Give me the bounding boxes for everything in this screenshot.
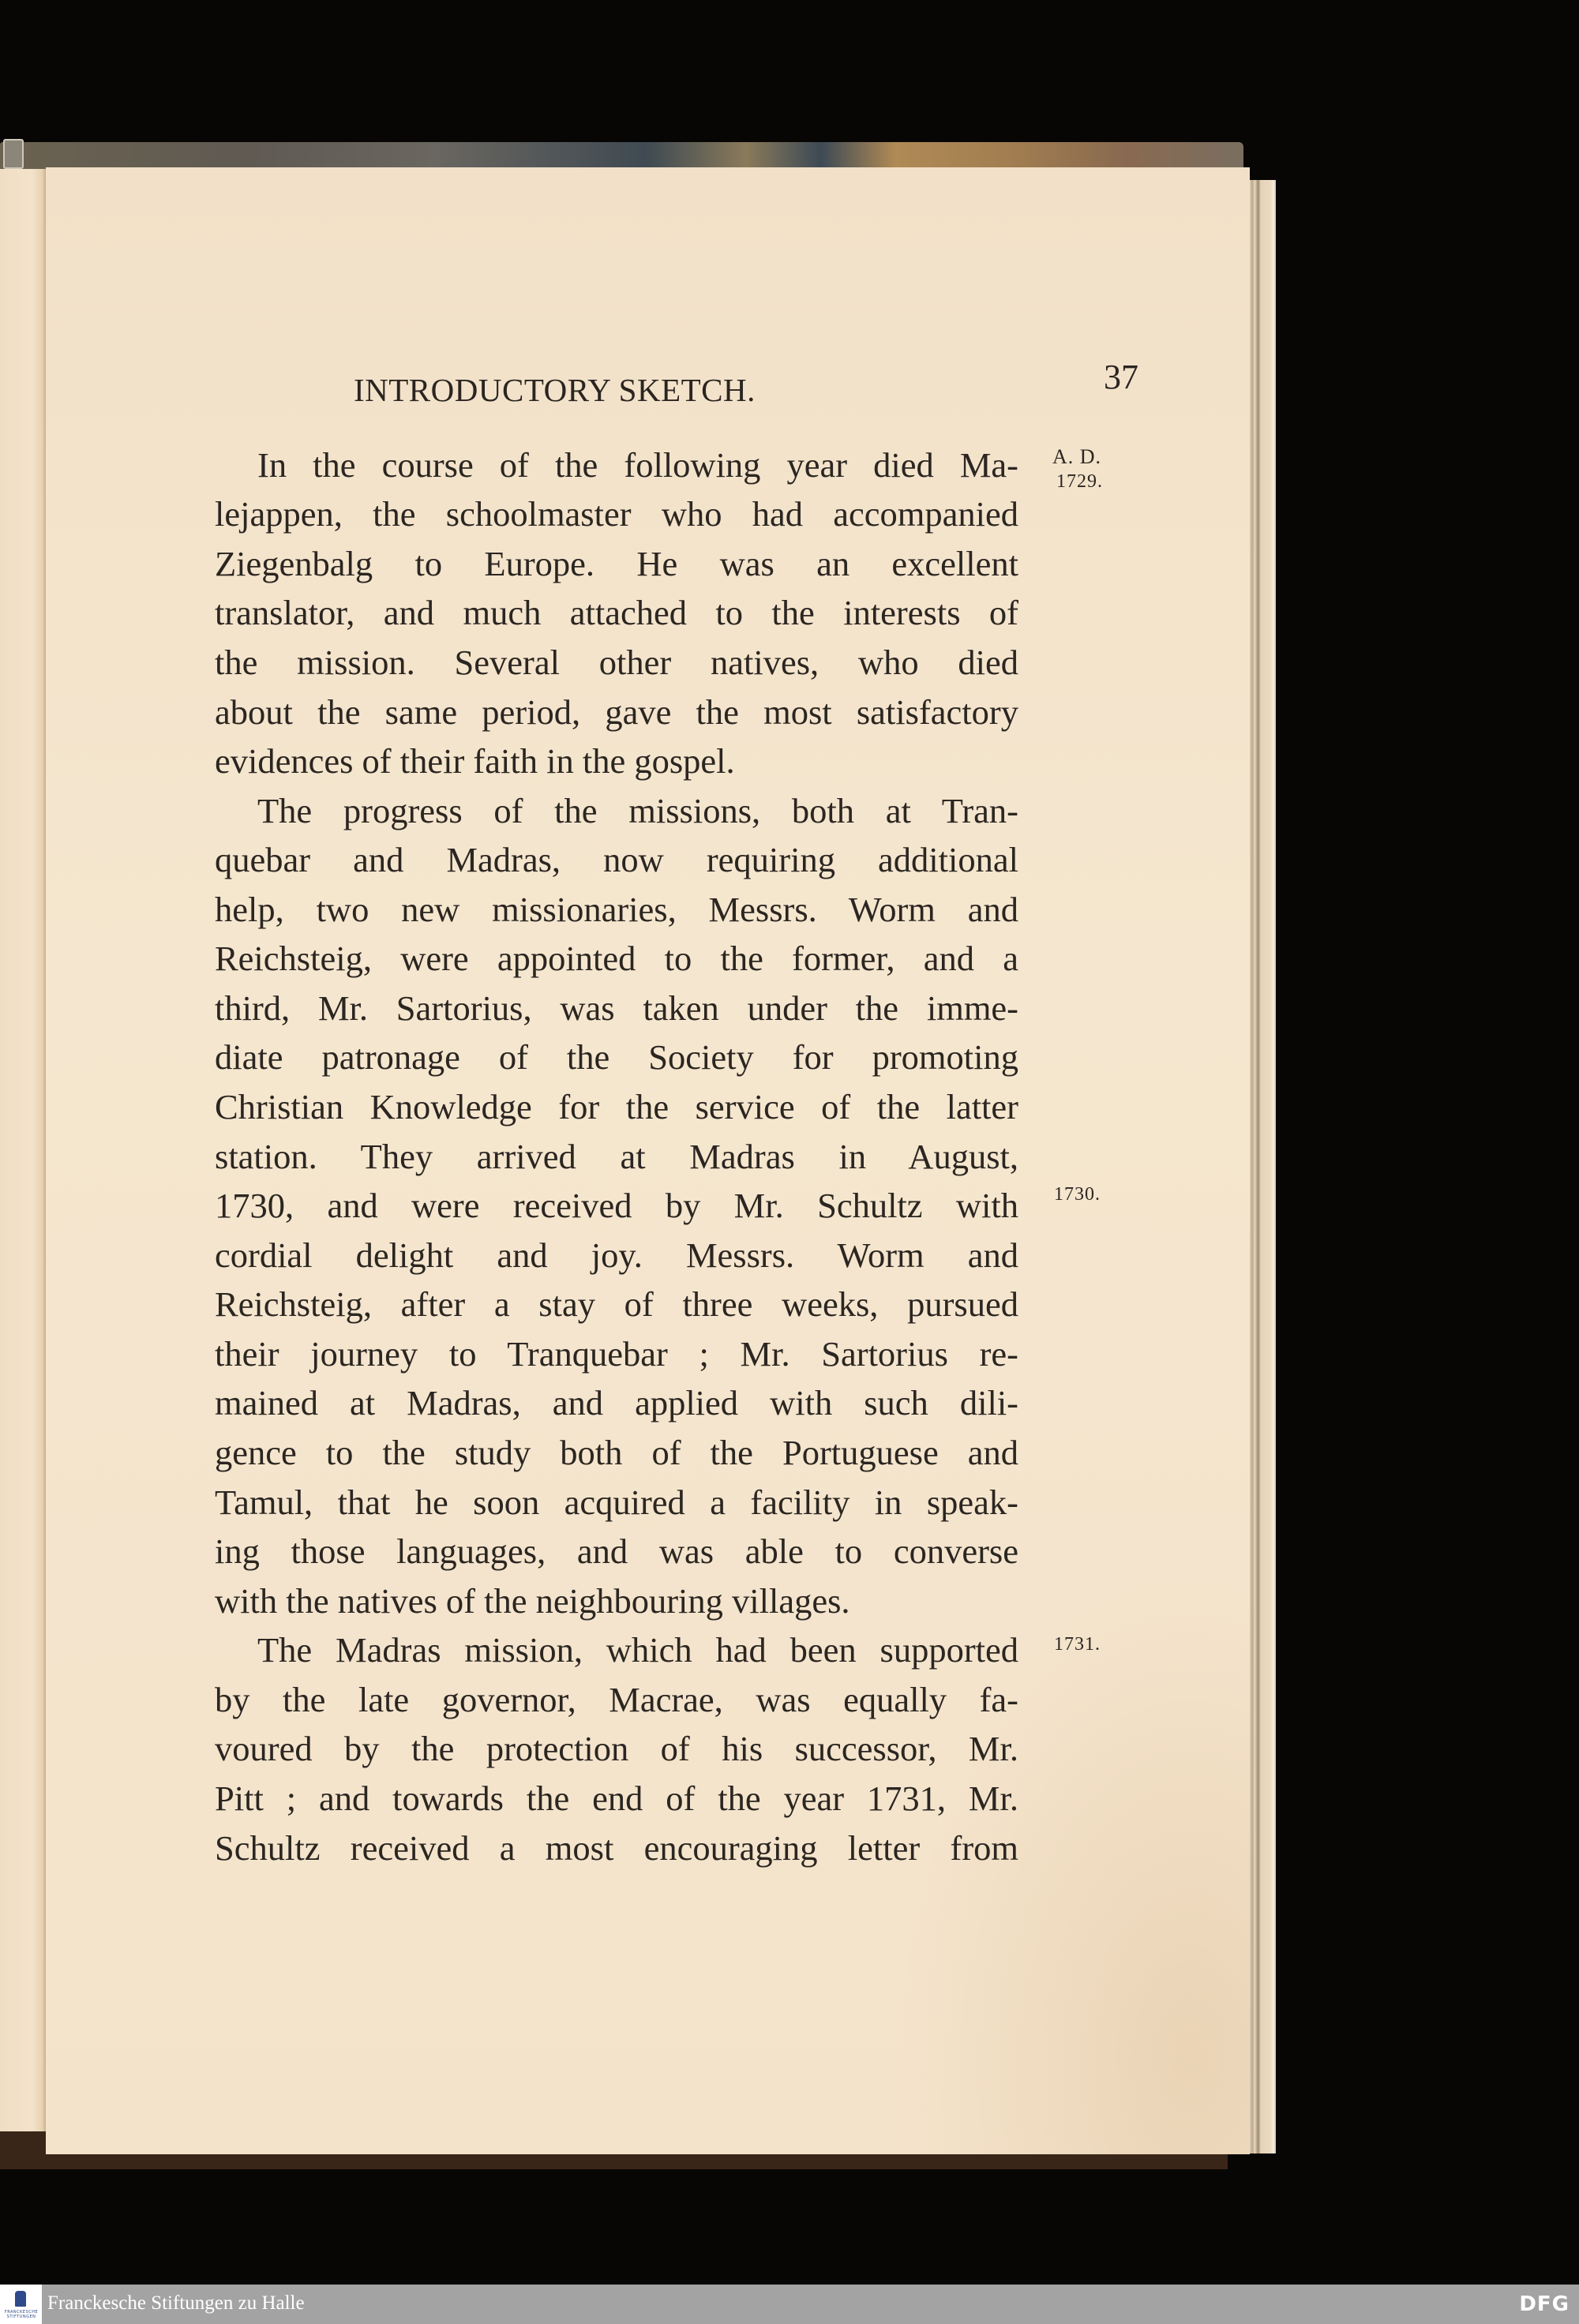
text-line: The Madras mission, which had been suppo…: [257, 1625, 1018, 1674]
text-line: the mission. Several other natives, who …: [215, 638, 1018, 687]
text-line: by the late governor, Macrae, was equall…: [215, 1675, 1018, 1724]
text-line: diate patronage of the Society for promo…: [215, 1033, 1018, 1081]
text-line: cordial delight and joy. Messrs. Worm an…: [215, 1231, 1018, 1280]
viewer-footer-bar: FRANCKESCHE STIFTUNGEN Franckesche Stift…: [0, 2285, 1579, 2324]
text-line: Christian Knowledge for the service of t…: [215, 1082, 1018, 1131]
margin-note-1729: 1729.: [1056, 471, 1103, 493]
left-page-edge: [0, 167, 46, 2141]
text-line: Reichsteig, were appointed to the former…: [215, 934, 1018, 983]
text-line: station. They arrived at Madras in Augus…: [215, 1132, 1018, 1181]
text-line: Tamul, that he soon acquired a facility …: [215, 1478, 1018, 1527]
text-line: evidences of their faith in the gospel.: [215, 737, 1018, 785]
book-clasp: [3, 139, 24, 169]
book-cover-top-edge: [0, 142, 1243, 169]
running-head: INTRODUCTORY SKETCH.: [354, 371, 756, 409]
franckesche-stiftungen-logo[interactable]: FRANCKESCHE STIFTUNGEN: [0, 2285, 42, 2324]
page-number: 37: [1104, 357, 1138, 397]
text-line: mained at Madras, and applied with such …: [215, 1378, 1018, 1427]
text-line: ing those languages, and was able to con…: [215, 1527, 1018, 1576]
page-stack-edges: [1249, 180, 1276, 2153]
text-line: translator, and much attached to the int…: [215, 588, 1018, 637]
text-line: Reichsteig, after a stay of three weeks,…: [215, 1280, 1018, 1329]
text-line: Ziegenbalg to Europe. He was an excellen…: [215, 539, 1018, 588]
text-line: Pitt ; and towards the end of the year 1…: [215, 1774, 1018, 1823]
margin-note-1731: 1731.: [1054, 1634, 1101, 1655]
margin-note-1730: 1730.: [1054, 1184, 1101, 1205]
text-line: In the course of the following year died…: [257, 440, 1018, 489]
text-line: Schultz received a most encouraging lett…: [215, 1824, 1018, 1872]
text-line: about the same period, gave the most sat…: [215, 688, 1018, 737]
institution-name: Franckesche Stiftungen zu Halle: [47, 2292, 305, 2315]
text-line: lejappen, the schoolmaster who had accom…: [215, 489, 1018, 538]
text-line: with the natives of the neighbouring vil…: [215, 1576, 1018, 1625]
text-line: their journey to Tranquebar ; Mr. Sartor…: [215, 1329, 1018, 1378]
text-line: help, two new missionaries, Messrs. Worm…: [215, 885, 1018, 934]
text-line: quebar and Madras, now requiring additio…: [215, 835, 1018, 884]
text-line: voured by the protection of his successo…: [215, 1724, 1018, 1773]
logo-caption: FRANCKESCHE STIFTUNGEN: [2, 2310, 41, 2319]
margin-note-ad: A. D.: [1052, 445, 1101, 469]
statue-icon: [15, 2291, 26, 2307]
dfg-logo[interactable]: DFG: [1519, 2292, 1570, 2316]
text-line: The progress of the missions, both at Tr…: [257, 786, 1018, 835]
text-line: third, Mr. Sartorius, was taken under th…: [215, 984, 1018, 1033]
logo-caption-line2: STIFTUNGEN: [2, 2315, 41, 2319]
text-line: gence to the study both of the Portugues…: [215, 1428, 1018, 1477]
text-line: 1730, and were received by Mr. Schultz w…: [215, 1181, 1018, 1230]
